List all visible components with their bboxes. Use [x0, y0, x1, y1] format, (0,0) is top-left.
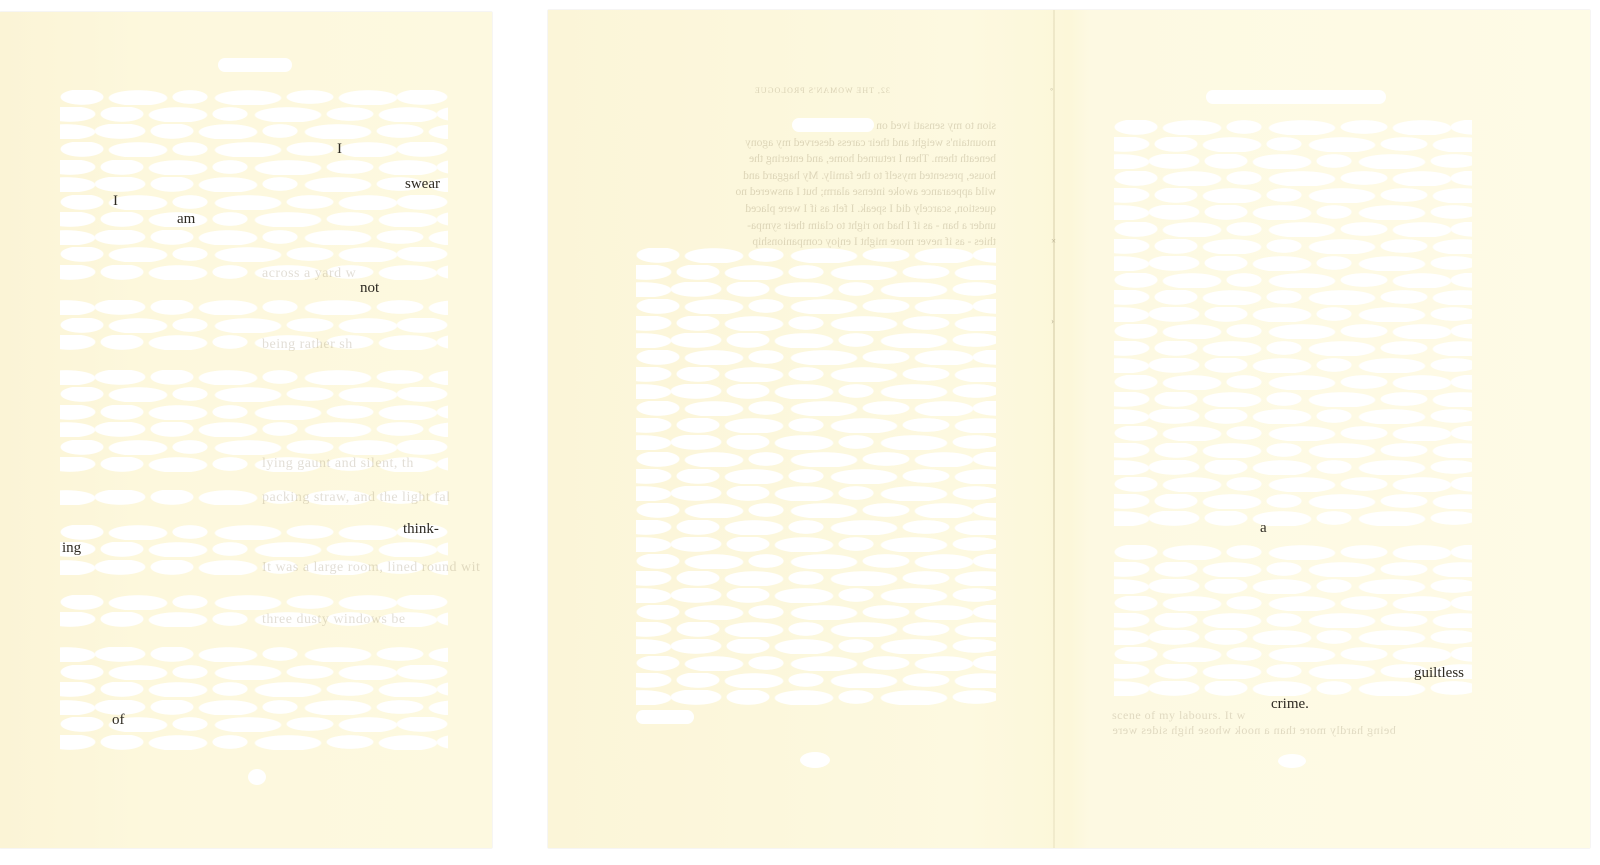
poem-word-i: I	[113, 194, 118, 209]
redacted-word	[792, 118, 874, 132]
redacted-page-number	[1278, 754, 1306, 768]
poem-word-thinking-part1: think-	[403, 522, 439, 537]
poem-word-of: of	[112, 713, 125, 728]
poem-word-swear: swear	[405, 177, 440, 192]
poem-word-i: I	[337, 142, 342, 157]
poem-word-not: not	[360, 281, 379, 296]
show-through-text: It was a large room, lined round wit	[262, 560, 480, 576]
fold-speck: ›	[1051, 316, 1054, 326]
redacted-page-number	[800, 752, 830, 768]
left-book-page	[0, 12, 492, 848]
fold-speck: ×	[1051, 236, 1056, 246]
redacted-page-number	[248, 769, 266, 785]
poem-word-guiltless: guiltless	[1414, 666, 1464, 681]
show-through-text: three dusty windows be	[262, 612, 406, 628]
redacted-running-head	[1206, 90, 1386, 104]
page-fold-line	[1053, 10, 1055, 848]
show-through-text: across a yard w	[262, 266, 356, 282]
show-through-text: being rather sh	[262, 337, 353, 353]
show-through-text: packing straw, and the light fal	[262, 490, 450, 506]
redacted-running-head	[218, 58, 292, 72]
book-spread: ◦ × › 32, THE WOMAN'S PROLOGUE sion to m…	[548, 10, 1590, 848]
poem-word-am: am	[177, 212, 195, 227]
redacted-text-block	[1114, 120, 1472, 716]
show-through-paragraph: sion to my sensati ived on me with a mou…	[636, 118, 996, 251]
show-through-text: being hardly more than a nook whose high…	[1112, 723, 1396, 738]
redacted-text-block	[60, 90, 448, 750]
fold-speck: ◦	[1050, 84, 1053, 94]
show-through-text: lying gaunt and silent, th	[262, 456, 414, 472]
redacted-text-block	[636, 248, 996, 728]
poem-word-a: a	[1260, 521, 1267, 536]
poem-word-thinking-part2: ing	[62, 541, 81, 556]
show-through-text: scene of my labours. It w	[1112, 708, 1246, 723]
poem-word-crime: crime.	[1271, 697, 1309, 712]
running-head: 32, THE WOMAN'S PROLOGUE	[754, 86, 890, 95]
